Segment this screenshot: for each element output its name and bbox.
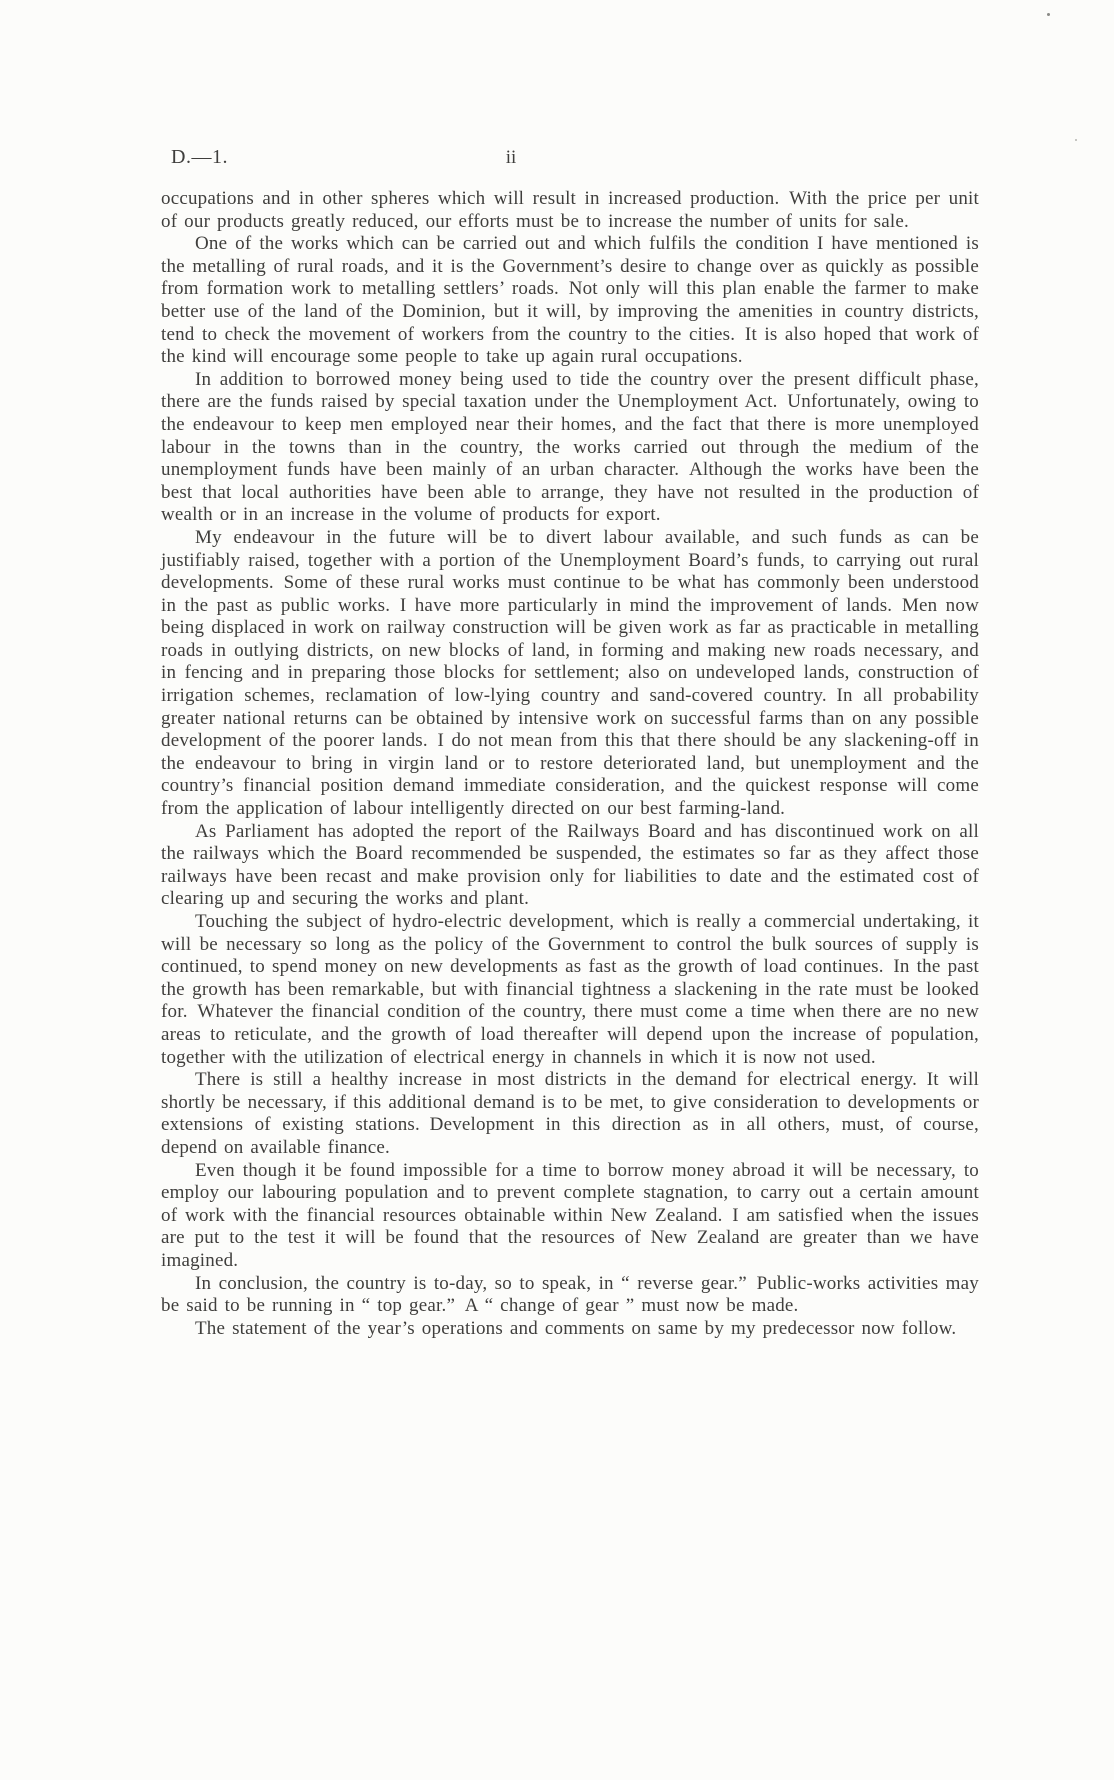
scan-speck <box>1047 13 1050 16</box>
scan-speck <box>1075 139 1077 141</box>
page-header: D.—1. ii <box>161 146 979 172</box>
page-body: occupations and in other spheres which w… <box>161 188 979 1340</box>
paragraph: There is still a healthy increase in mos… <box>161 1069 979 1159</box>
document-number: D.—1. <box>171 146 228 169</box>
paragraph: One of the works which can be carried ou… <box>161 233 979 369</box>
paragraph: As Parliament has adopted the report of … <box>161 821 979 911</box>
paragraph: Even though it be found impossible for a… <box>161 1160 979 1273</box>
scanned-document-page: D.—1. ii occupations and in other sphere… <box>0 0 1114 1780</box>
page-number: ii <box>491 147 531 169</box>
paragraph: The statement of the year’s operations a… <box>161 1318 979 1341</box>
paragraph: My endeavour in the future will be to di… <box>161 527 979 821</box>
paragraph: In addition to borrowed money being used… <box>161 369 979 527</box>
paragraph: Touching the subject of hydro-electric d… <box>161 911 979 1069</box>
paragraph: occupations and in other spheres which w… <box>161 188 979 233</box>
paragraph: In conclusion, the country is to-day, so… <box>161 1273 979 1318</box>
